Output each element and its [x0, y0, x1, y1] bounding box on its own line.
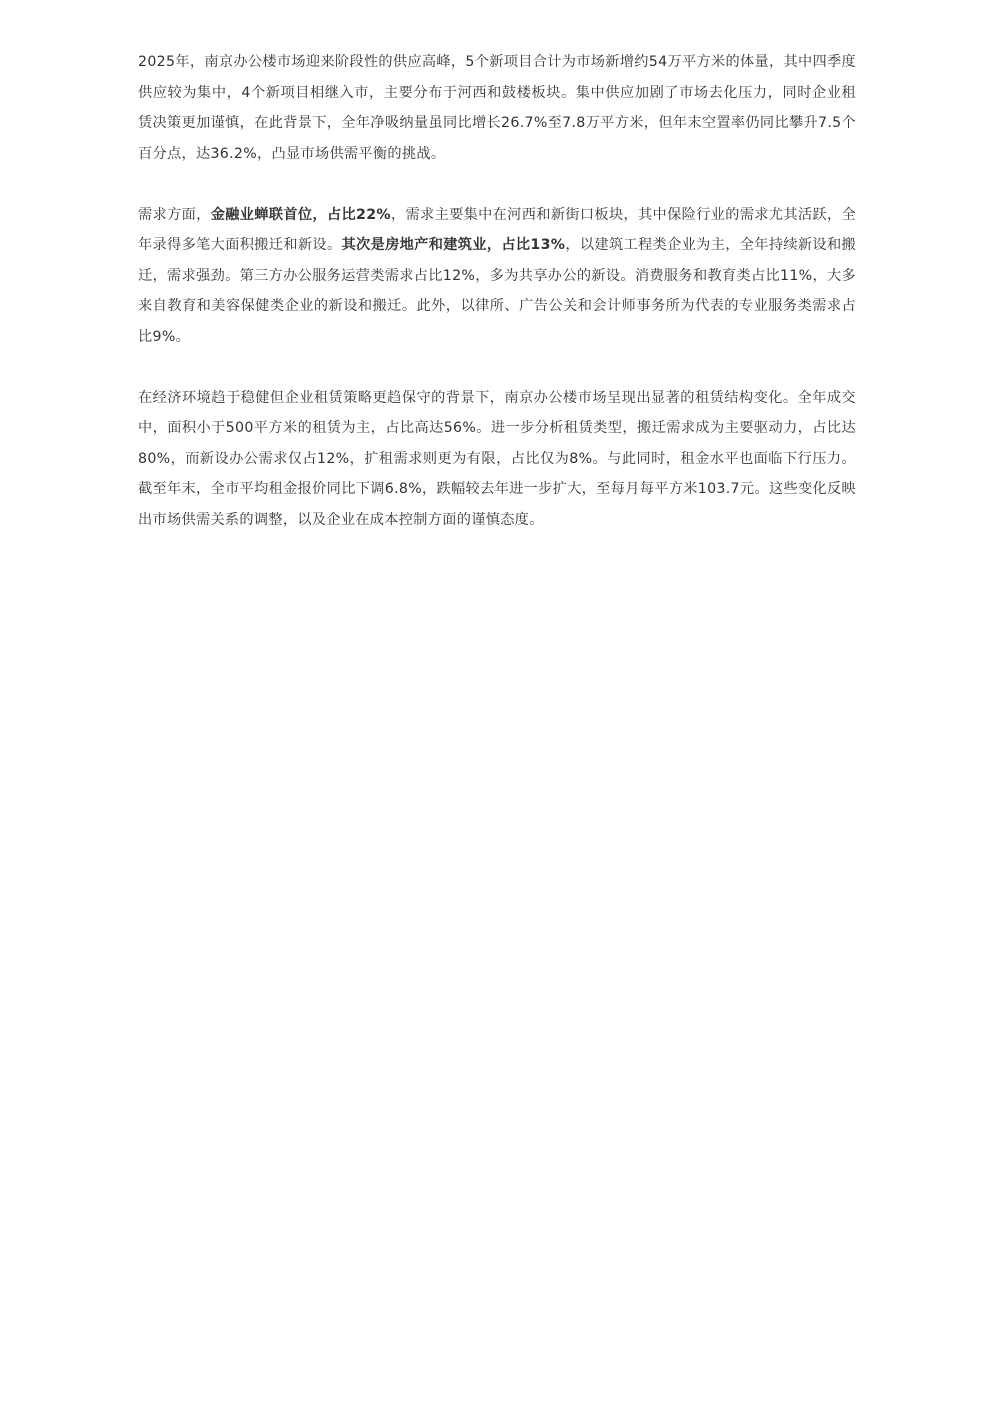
- demand-intro: 需求方面，: [138, 207, 211, 223]
- supply-text: 2025年，南京办公楼市场迎来阶段性的供应高峰，5个新项目合计为市场新增约54万…: [138, 54, 856, 162]
- realestate-highlight: 其次是房地产和建筑业，占比13%: [341, 237, 565, 253]
- paragraph-leasing: 在经济环境趋于稳健但企业租赁策略更趋保守的背景下，南京办公楼市场呈现出显著的租赁…: [138, 383, 856, 536]
- paragraph-supply: 2025年，南京办公楼市场迎来阶段性的供应高峰，5个新项目合计为市场新增约54万…: [138, 47, 856, 169]
- demand-other-detail: ，以建筑工程类企业为主，全年持续新设和搬迁，需求强劲。第三方办公服务运营类需求占…: [138, 237, 856, 345]
- paragraph-demand: 需求方面，金融业蝉联首位，占比22%，需求主要集中在河西和新街口板块，其中保险行…: [138, 200, 856, 353]
- document-body: 2025年，南京办公楼市场迎来阶段性的供应高峰，5个新项目合计为市场新增约54万…: [138, 47, 856, 566]
- leasing-text: 在经济环境趋于稳健但企业租赁策略更趋保守的背景下，南京办公楼市场呈现出显著的租赁…: [138, 390, 856, 528]
- finance-highlight: 金融业蝉联首位，占比22%: [211, 207, 391, 223]
